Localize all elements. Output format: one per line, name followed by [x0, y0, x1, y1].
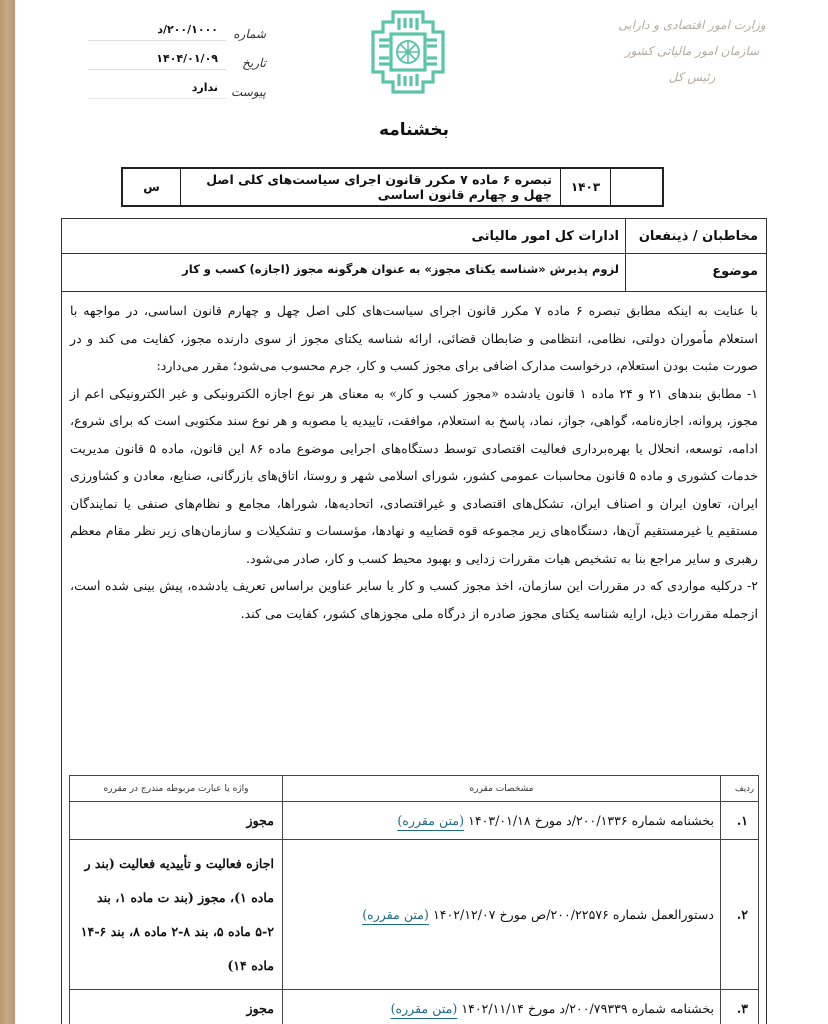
document-type-title: بخشنامه [0, 120, 828, 140]
related-term: اجازه فعالیت و تأییدیه فعالیت (بند ر ماد… [70, 840, 283, 990]
subject-value: لزوم پذیرش «شناسه یکتای مجوز» به عنوان ه… [62, 254, 625, 291]
letter-attachment-label: پیوست [226, 85, 268, 99]
regulation-spec: دستورالعمل شماره ۲۰۰/۲۲۵۷۶/ص مورخ ۱۴۰۲/۱… [283, 840, 721, 990]
addressees-value: ادارات کل امور مالیاتی [62, 219, 625, 253]
header-related-term: واژه یا عبارت مربوطه مندرج در مقرره [70, 776, 283, 802]
row-number: ۳. [721, 990, 759, 1024]
row-number: ۱. [721, 802, 759, 840]
addressees-row: مخاطبان / ذینفعان ادارات کل امور مالیاتی [62, 219, 766, 254]
header-row-number: ردیف [721, 776, 759, 802]
row-number: ۲. [721, 840, 759, 990]
letter-attachment-value: ندارد [88, 79, 226, 99]
addressees-label: مخاطبان / ذینفعان [625, 219, 766, 253]
regulation-spec-text: بخشنامه شماره ۲۰۰/۷۹۳۳۹/د مورخ ۱۴۰۲/۱۱/۱… [457, 1001, 714, 1016]
item-1-paragraph: ۱- مطابق بندهای ۲۱ و ۲۴ ماده ۱ قانون یاد… [70, 380, 758, 573]
regulation-text-link[interactable]: (متن مقرره) [391, 1001, 458, 1016]
subject-row: موضوع لزوم پذیرش «شناسه یکتای مجوز» به ع… [62, 254, 766, 292]
law-year-cell: ۱۴۰۳ [560, 169, 610, 205]
tax-organization-logo-icon [369, 8, 447, 96]
letter-date-label: تاریخ [226, 56, 268, 70]
circular-body-frame: مخاطبان / ذینفعان ادارات کل امور مالیاتی… [61, 218, 767, 1024]
related-term: مجوز [70, 990, 283, 1024]
header-regulation-spec: مشخصات مقرره [283, 776, 721, 802]
circular-body-text: با عنایت به اینکه مطابق تبصره ۶ ماده ۷ م… [62, 292, 766, 627]
regulation-text-link[interactable]: (متن مقرره) [362, 907, 429, 922]
intro-paragraph: با عنایت به اینکه مطابق تبصره ۶ ماده ۷ م… [70, 297, 758, 380]
regulations-table-header: ردیف مشخصات مقرره واژه یا عبارت مربوطه م… [70, 776, 759, 802]
regulation-spec: بخشنامه شماره ۲۰۰/۷۹۳۳۹/د مورخ ۱۴۰۲/۱۱/۱… [283, 990, 721, 1024]
item-2-paragraph: ۲- درکلیه مواردی که در مقررات این سازمان… [70, 572, 758, 627]
letter-attachment-row: پیوست ندارد [88, 70, 268, 99]
letter-number-label: شماره [226, 27, 268, 41]
ministry-name: وزارت امور اقتصادی و دارایی [592, 12, 792, 38]
regulations-table: ردیف مشخصات مقرره واژه یا عبارت مربوطه م… [69, 775, 759, 1024]
organization-name: سازمان امور مالیاتی کشور [592, 38, 792, 64]
table-row: ۱. بخشنامه شماره ۲۰۰/۱۳۳۶/د مورخ ۱۴۰۳/۰۱… [70, 802, 759, 840]
table-row: ۲. دستورالعمل شماره ۲۰۰/۲۲۵۷۶/ص مورخ ۱۴۰… [70, 840, 759, 990]
law-reference-table: ۱۴۰۳ تبصره ۶ ماده ۷ مکرر قانون اجرای سیا… [121, 167, 664, 207]
background-wood-edge [0, 0, 15, 1024]
regulation-spec-text: بخشنامه شماره ۲۰۰/۱۳۳۶/د مورخ ۱۴۰۳/۰۱/۱۸ [464, 813, 714, 828]
related-term: مجوز [70, 802, 283, 840]
table-row: ۳. بخشنامه شماره ۲۰۰/۷۹۳۳۹/د مورخ ۱۴۰۲/۱… [70, 990, 759, 1024]
signatory-title: رئیس کل [592, 64, 792, 90]
law-empty-cell [610, 169, 662, 205]
regulation-spec-text: دستورالعمل شماره ۲۰۰/۲۲۵۷۶/ص مورخ ۱۴۰۲/۱… [429, 907, 714, 922]
letter-number-value: ۲۰۰/۱۰۰۰/د [88, 21, 226, 41]
law-title-cell: تبصره ۶ ماده ۷ مکرر قانون اجرای سیاست‌ها… [180, 169, 560, 205]
law-code-cell: س [123, 169, 180, 205]
regulation-spec: بخشنامه شماره ۲۰۰/۱۳۳۶/د مورخ ۱۴۰۳/۰۱/۱۸… [283, 802, 721, 840]
letter-meta: شماره ۲۰۰/۱۰۰۰/د تاریخ ۱۴۰۴/۰۱/۰۹ پیوست … [88, 12, 268, 99]
regulation-text-link[interactable]: (متن مقرره) [397, 813, 464, 828]
letter-date-row: تاریخ ۱۴۰۴/۰۱/۰۹ [88, 41, 268, 70]
subject-label: موضوع [625, 254, 766, 291]
letter-date-value: ۱۴۰۴/۰۱/۰۹ [88, 50, 226, 70]
letter-number-row: شماره ۲۰۰/۱۰۰۰/د [88, 12, 268, 41]
letterhead-organization: وزارت امور اقتصادی و دارایی سازمان امور … [592, 12, 792, 90]
